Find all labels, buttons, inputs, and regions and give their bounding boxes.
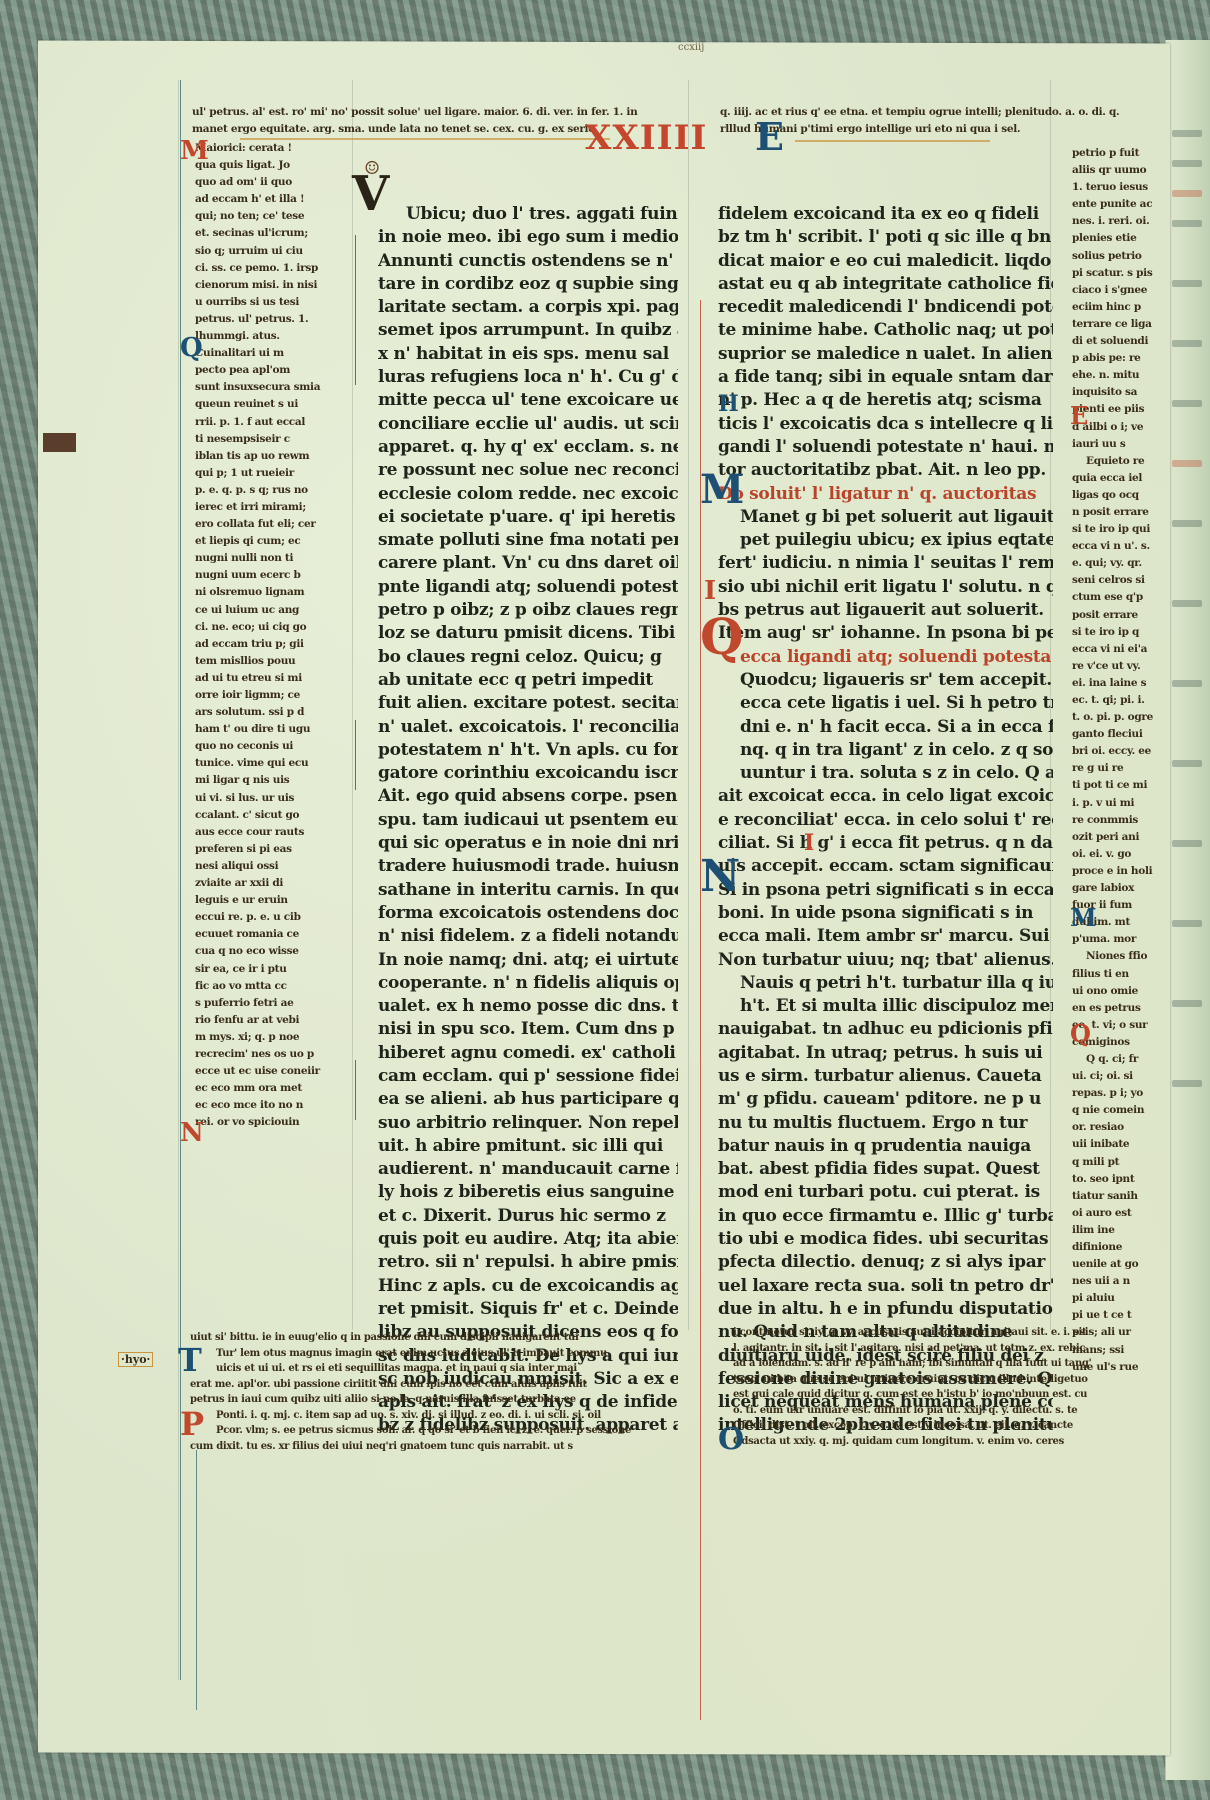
initial-E-right: E: [1070, 404, 1088, 428]
initial-P-bottom: P: [180, 1408, 204, 1440]
initial-T-bottom: T: [178, 1344, 202, 1376]
grotesque-face-icon: ☺: [364, 160, 380, 178]
initial-Q: Q: [180, 335, 203, 361]
page-tab-marker: [43, 433, 76, 452]
initial-H: H: [718, 393, 739, 415]
initial-E-heading: E: [755, 118, 784, 156]
initial-M: M: [180, 138, 209, 164]
initial-I: I: [704, 578, 716, 604]
initial-N-col2: N: [700, 855, 740, 899]
main-text-column-1: Ubicu; duo l' tres. aggati fuint in noie…: [378, 203, 678, 1438]
gloss-left-column: Maiorici: cerata ! qua quis ligat. Jo qu…: [195, 140, 345, 1131]
ruling-line: [352, 80, 353, 1330]
ruling-line: [688, 80, 689, 1330]
gloss-bottom-left: uiut si' bittu. ie in euug'elio q in pas…: [190, 1330, 670, 1454]
main-text-column-2: fidelem excoicand ita ex eo q fideli bz …: [718, 203, 1053, 1438]
initial-M-col2: M: [700, 470, 744, 510]
gloss-top-right: q. iiij. ac et rius q' ee etna. et tempi…: [720, 104, 1160, 138]
adjacent-leaf-edge: [1165, 40, 1210, 1780]
initial-M-right: M: [1070, 906, 1097, 930]
initial-N: N: [180, 1120, 204, 1146]
initial-Q-right: Q: [1070, 1022, 1091, 1046]
initial-I-2: I: [804, 832, 814, 854]
pen-flourish: [355, 720, 356, 790]
pen-flourish: [355, 235, 356, 385]
pen-flourish: [355, 1060, 356, 1120]
pen-flourish-tail: [700, 1450, 701, 1720]
gloss-underline: [795, 140, 990, 142]
pen-flourish-tail: [196, 1450, 197, 1710]
folio-number: ccxiij: [678, 42, 704, 53]
chapter-heading: XXIIII: [585, 118, 707, 158]
ruling-line: [178, 80, 179, 1680]
gloss-bottom-right: i continetur si. iy. q. vy. accusatis au…: [733, 1325, 1163, 1449]
initial-O-bottom: O: [718, 1425, 744, 1455]
initial-Q-col2: Q: [700, 612, 744, 662]
margin-note: ·hyo·: [118, 1352, 153, 1367]
gloss-right-column: petrio p fuit aliis qr uumo 1. teruo ies…: [1072, 145, 1168, 1376]
